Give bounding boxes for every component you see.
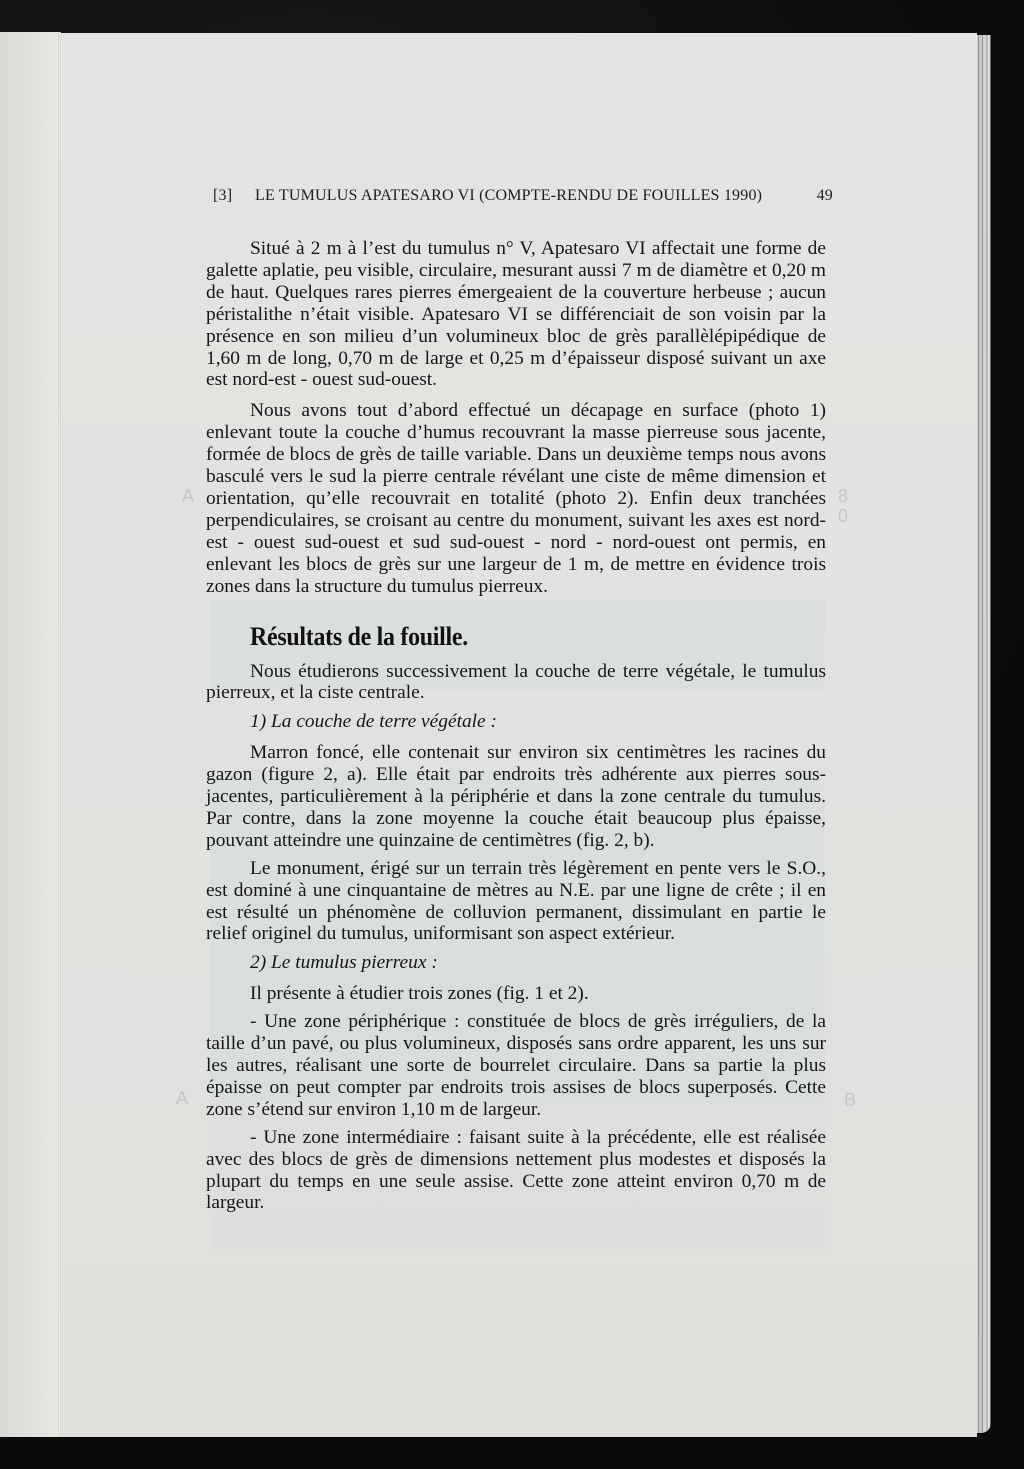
section-marker: [3]: [213, 187, 255, 205]
article-body: Situé à 2 m à l’est du tumulus n° V, Apa…: [206, 238, 826, 1214]
paragraph-site-description: Situé à 2 m à l’est du tumulus n° V, Apa…: [206, 238, 826, 391]
bleed-through-mark: A: [182, 486, 194, 507]
bleed-through-mark: 0: [838, 506, 848, 527]
bleed-through-mark: B: [844, 1090, 856, 1111]
bleed-through-mark: 8: [838, 486, 848, 507]
bleed-through-mark: A: [176, 1088, 188, 1109]
subheading-stone-tumulus: 2) Le tumulus pierreux :: [206, 952, 826, 974]
paragraph-intermediate-zone: - Une zone intermédiaire : faisant suite…: [206, 1127, 826, 1215]
subheading-topsoil: 1) La couche de terre végétale :: [206, 711, 826, 733]
paragraph-results-intro: Nous étudierons successivement la couche…: [206, 661, 826, 705]
section-heading-results: Résultats de la fouille.: [250, 622, 780, 652]
facing-page-edge: [0, 32, 59, 1437]
paragraph-monument-slope: Le monument, érigé sur un terrain très l…: [206, 858, 826, 946]
running-title: LE TUMULUS APATESARO VI (COMPTE-RENDU DE…: [255, 187, 809, 205]
page-number: 49: [809, 187, 833, 205]
paragraph-excavation-method: Nous avons tout d’abord effectué un déca…: [206, 400, 826, 597]
paragraph-three-zones: Il présente à étudier trois zones (fig. …: [206, 983, 826, 1005]
paragraph-topsoil: Marron foncé, elle contenait sur environ…: [206, 742, 826, 852]
paragraph-peripheral-zone: - Une zone périphérique : constituée de …: [206, 1011, 826, 1121]
page-stack-edges: [976, 35, 991, 1433]
running-head: [3] LE TUMULUS APATESARO VI (COMPTE-REND…: [213, 187, 833, 205]
